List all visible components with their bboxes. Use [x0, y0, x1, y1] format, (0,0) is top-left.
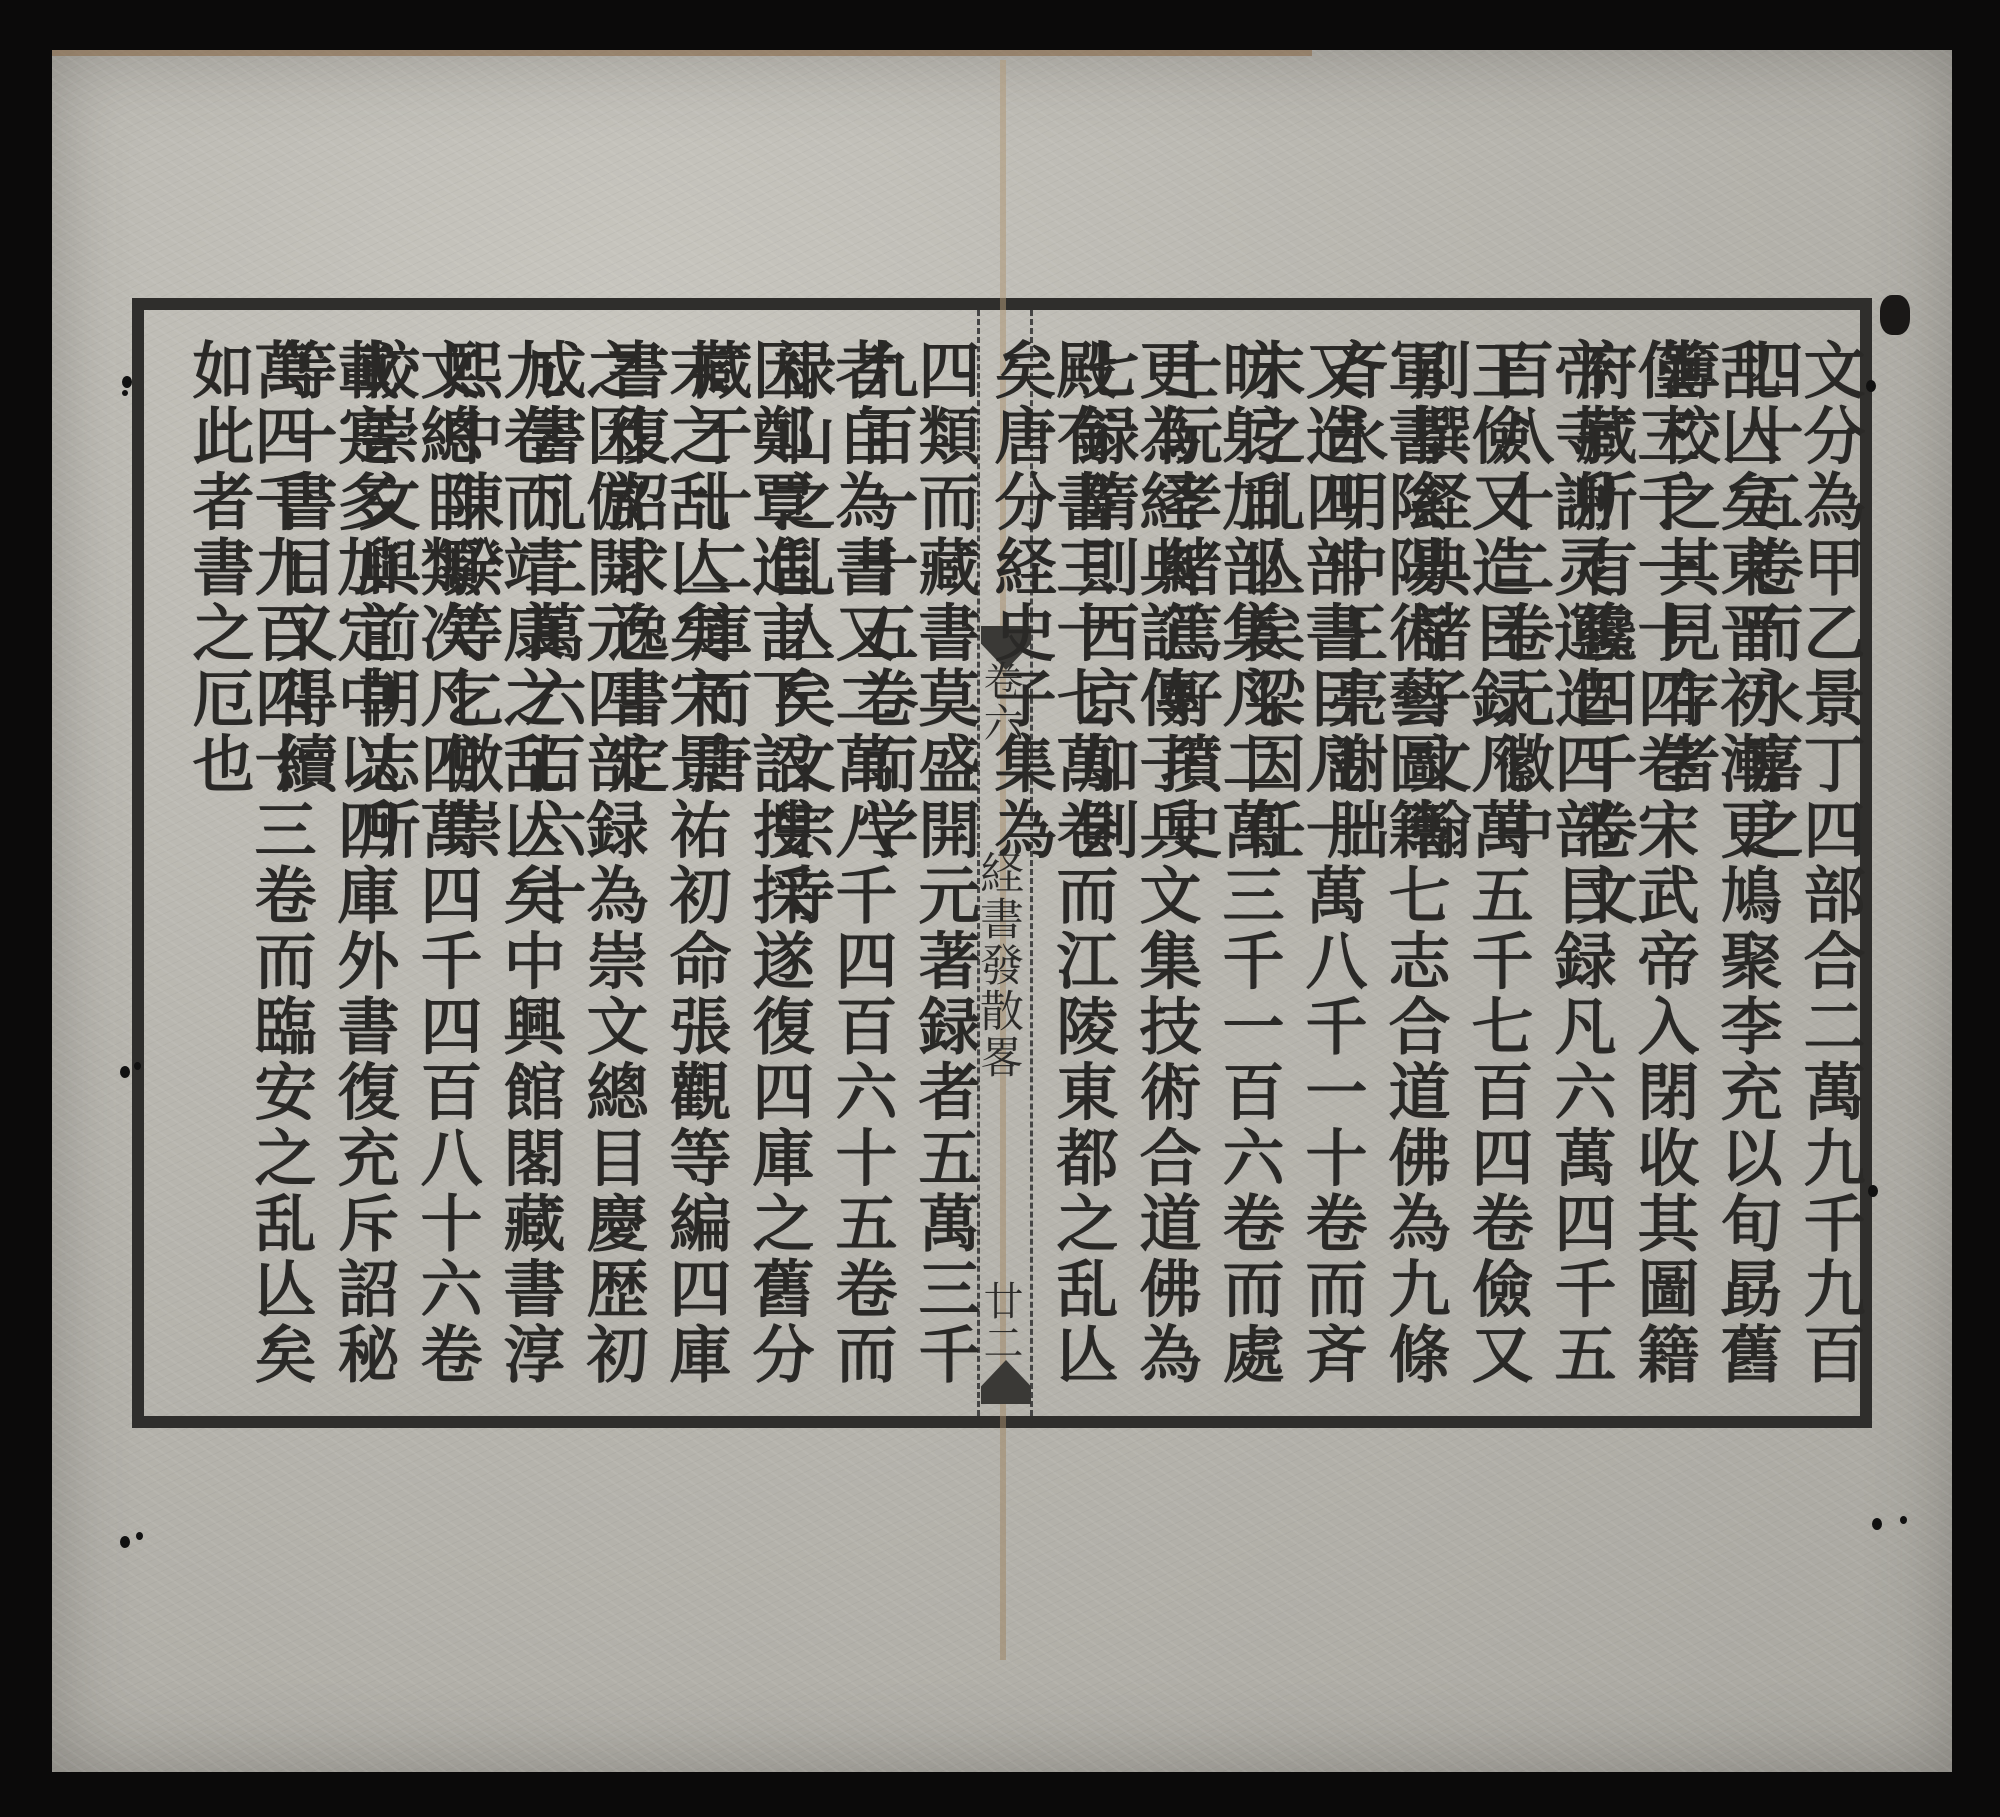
binding-hole	[136, 1532, 143, 1540]
binding-hole	[1868, 1185, 1878, 1197]
binding-hole	[122, 376, 132, 388]
section-title: 経書發散畧	[981, 850, 1029, 1080]
binding-hole	[1900, 1516, 1907, 1524]
binding-hole	[134, 1062, 141, 1070]
text-column: 四類而藏書莫盛開元著録者五萬三千九百一十五卷而学	[892, 322, 975, 1412]
binding-hole	[1872, 1518, 1882, 1530]
text-column: 文分為甲乙景丁四部合二萬九千九百四十五卷而永嘉之	[1777, 322, 1860, 1412]
paper-top-edge	[52, 50, 1312, 56]
page-number: 廿二	[981, 1280, 1029, 1364]
binding-hole	[120, 1536, 130, 1548]
left-half-page: 四類而藏書莫盛開元著録者五萬三千九百一十五卷而学 者自為書又二萬八千四百六十五卷…	[150, 322, 975, 1412]
binding-hole	[122, 390, 128, 396]
binding-hole	[120, 1066, 130, 1078]
paper-tear	[1880, 295, 1910, 335]
fish-tail-bottom-icon	[981, 1360, 1031, 1404]
right-half-page: 文分為甲乙景丁四部合二萬九千九百四十五卷而永嘉之 乱亾矣東晋初漸更鳩聚李充以旬勗…	[1030, 322, 1860, 1412]
binding-hole	[1866, 380, 1876, 392]
